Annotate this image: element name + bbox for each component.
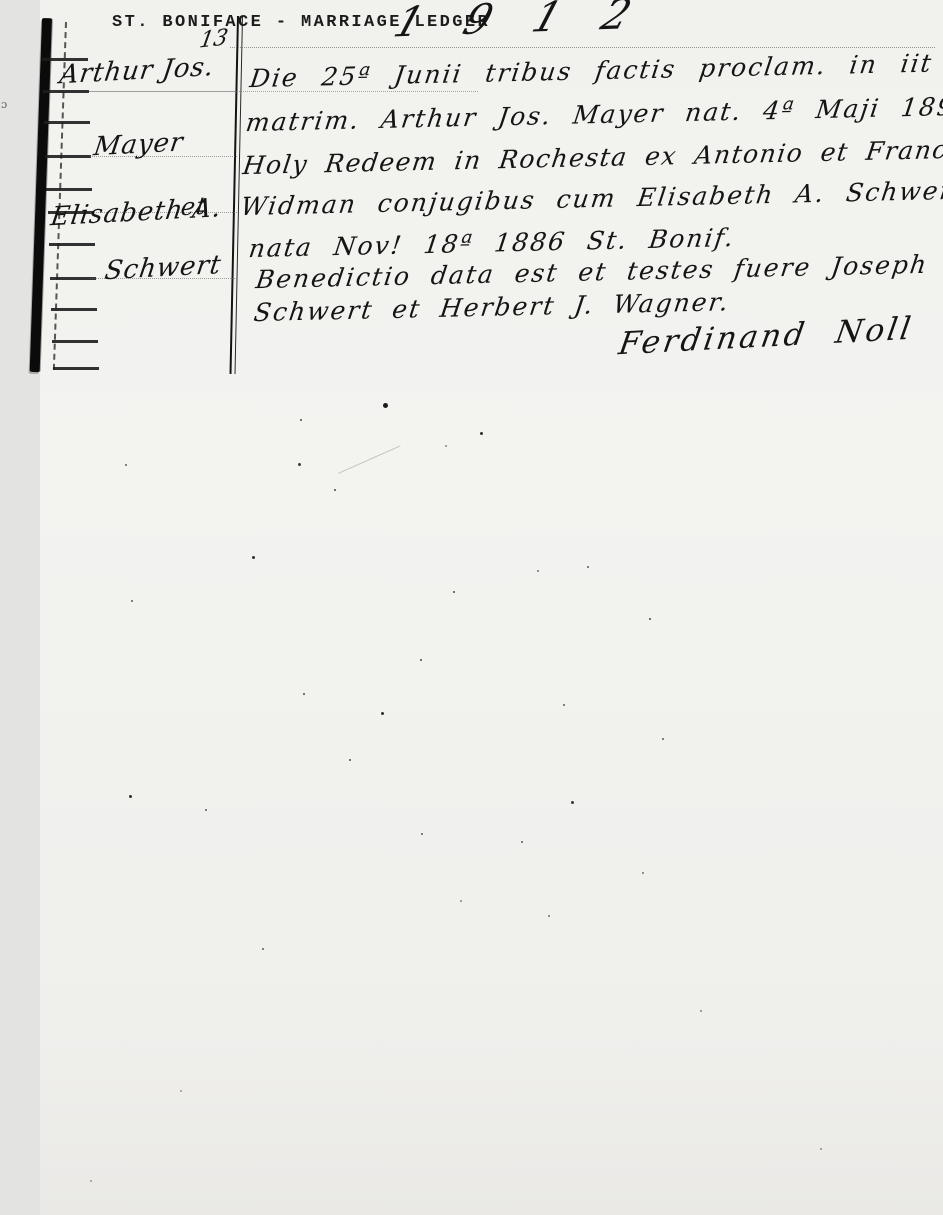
ledger-tick xyxy=(50,277,96,280)
ink-speck xyxy=(303,693,305,695)
record-number: 13 xyxy=(197,25,229,54)
ink-speck xyxy=(445,445,447,447)
margin-name-groom-last: Mayer xyxy=(92,127,186,162)
ledger-tick xyxy=(52,340,98,343)
ink-speck xyxy=(180,1090,182,1092)
ink-speck xyxy=(537,570,539,572)
ink-speck xyxy=(521,841,523,843)
ink-speck xyxy=(334,489,336,491)
ledger-tick xyxy=(51,308,97,311)
ink-speck xyxy=(300,419,302,421)
ink-speck xyxy=(421,833,423,835)
ledger-tick xyxy=(53,367,99,370)
ledger-tick xyxy=(44,121,90,124)
ink-speck xyxy=(383,403,388,408)
ink-speck xyxy=(205,809,207,811)
ink-speck xyxy=(563,704,565,706)
ink-speck xyxy=(90,1180,92,1182)
ink-speck xyxy=(298,463,301,466)
ink-speck xyxy=(700,1010,702,1012)
ink-speck xyxy=(548,915,550,917)
ledger-scan-page: ST. BONIFACE - MARRIAGE LEDGER 1 9 1 2 1… xyxy=(0,0,943,1215)
ruled-line xyxy=(230,47,935,48)
ink-speck xyxy=(480,432,483,435)
ink-speck xyxy=(460,900,462,902)
margin-name-bride-last: Schwert xyxy=(103,250,224,286)
ledger-tick xyxy=(49,243,95,246)
ledger-tick xyxy=(43,90,89,93)
ledger-tick xyxy=(46,188,92,191)
ink-speck xyxy=(381,712,384,715)
ink-speck xyxy=(587,566,589,568)
ink-speck xyxy=(571,801,574,804)
ink-speck xyxy=(820,1148,822,1150)
ink-speck xyxy=(129,795,132,798)
ink-speck xyxy=(131,600,133,602)
ink-speck xyxy=(349,759,351,761)
ink-speck xyxy=(125,464,127,466)
ink-speck xyxy=(252,556,255,559)
ledger-tick-extension xyxy=(90,91,237,92)
ink-speck xyxy=(262,948,264,950)
ink-speck xyxy=(642,872,644,874)
ink-speck xyxy=(662,738,664,740)
ink-speck xyxy=(453,591,455,593)
ink-speck xyxy=(649,618,651,620)
ink-speck xyxy=(420,659,422,661)
ledger-tick xyxy=(45,155,91,158)
scan-edge-strip xyxy=(0,0,40,1215)
scan-edge-mark: ɔ xyxy=(1,98,7,111)
